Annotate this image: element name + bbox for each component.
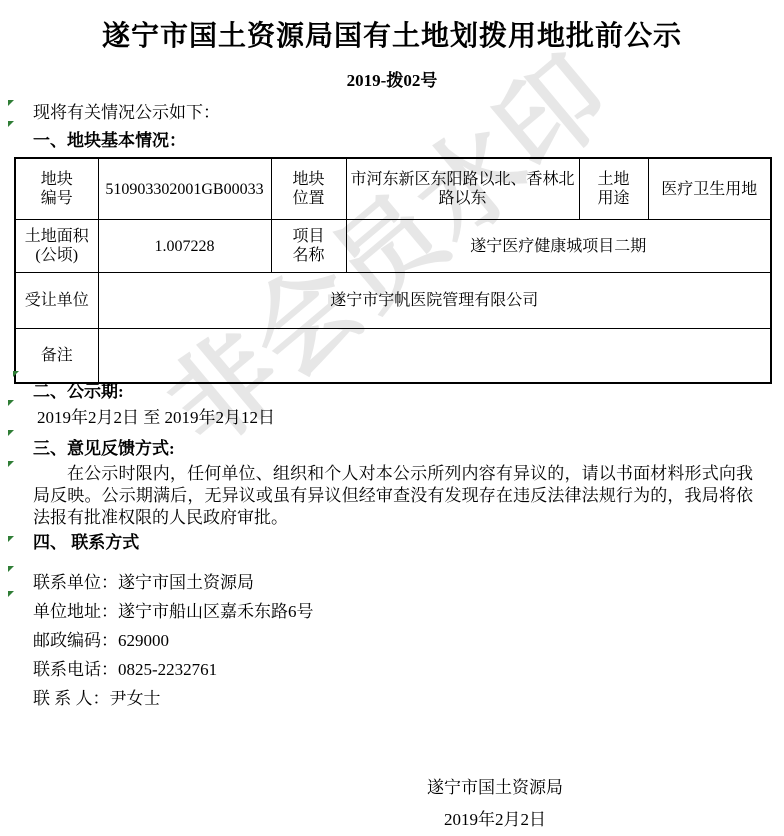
parcel-no-label: 地块 编号: [15, 158, 98, 220]
document-page: 非会员水印 遂宁市国土资源局国有土地划拨用地批前公示 2019-拨02号 现将有…: [0, 0, 784, 836]
grantee-label: 受让单位: [15, 273, 98, 329]
feedback-paragraph: 在公示时限内，任何单位、组织和个人对本公示所列内容有异议的，请以书面材料形式向我…: [33, 463, 753, 529]
proofing-mark-icon: [13, 371, 19, 377]
proofing-mark-icon: [8, 100, 14, 106]
section2-heading: 二、公示期:: [33, 382, 124, 402]
location-value: 市河东新区东阳路以北、香林北路以东: [346, 158, 579, 220]
parcel-no-value: 510903302001GB00033: [98, 158, 271, 220]
table-row: 地块 编号 510903302001GB00033 地块 位置 市河东新区东阳路…: [15, 158, 771, 220]
proofing-mark-icon: [8, 461, 14, 467]
area-label: 土地面积 (公顷): [15, 220, 98, 273]
section1-heading: 一、地块基本情况：: [33, 131, 186, 151]
contact-address: 单位地址：遂宁市船山区嘉禾东路6号: [33, 597, 314, 622]
contact-phone: 联系电话：0825-2232761: [33, 655, 217, 680]
contact-person: 联 系 人：尹女士: [33, 684, 161, 709]
area-value: 1.007228: [98, 220, 271, 273]
footer-date: 2019年2月2日: [345, 805, 645, 830]
remarks-value: [98, 329, 771, 384]
contact-postcode: 邮政编码：629000: [33, 626, 169, 651]
proofing-mark-icon: [8, 430, 14, 436]
footer-organization: 遂宁市国土资源局: [345, 773, 645, 798]
project-value: 遂宁医疗健康城项目二期: [346, 220, 771, 273]
project-label: 项目 名称: [271, 220, 346, 273]
land-use-label: 土地 用途: [579, 158, 648, 220]
proofing-mark-icon: [8, 121, 14, 127]
section4-heading: 四、 联系方式: [33, 533, 139, 553]
grantee-value: 遂宁市宇帆医院管理有限公司: [98, 273, 771, 329]
contact-unit: 联系单位：遂宁市国土资源局: [33, 568, 254, 593]
section3-heading: 三、意见反馈方式:: [33, 439, 175, 459]
proofing-mark-icon: [8, 400, 14, 406]
proofing-mark-icon: [8, 591, 14, 597]
remarks-label: 备注: [15, 329, 98, 384]
page-title: 遂宁市国土资源局国有土地划拨用地批前公示: [0, 14, 784, 54]
table-row: 备注: [15, 329, 771, 384]
location-label: 地块 位置: [271, 158, 346, 220]
proofing-mark-icon: [8, 566, 14, 572]
document-number: 2019-拨02号: [0, 66, 784, 91]
table-row: 受让单位 遂宁市宇帆医院管理有限公司: [15, 273, 771, 329]
land-use-value: 医疗卫生用地: [648, 158, 771, 220]
table-row: 土地面积 (公顷) 1.007228 项目 名称 遂宁医疗健康城项目二期: [15, 220, 771, 273]
notice-date-range: 2019年2月2日 至 2019年2月12日: [37, 408, 275, 428]
parcel-info-table: 地块 编号 510903302001GB00033 地块 位置 市河东新区东阳路…: [14, 157, 772, 384]
proofing-mark-icon: [8, 536, 14, 542]
intro-line: 现将有关情况公示如下：: [33, 103, 220, 123]
